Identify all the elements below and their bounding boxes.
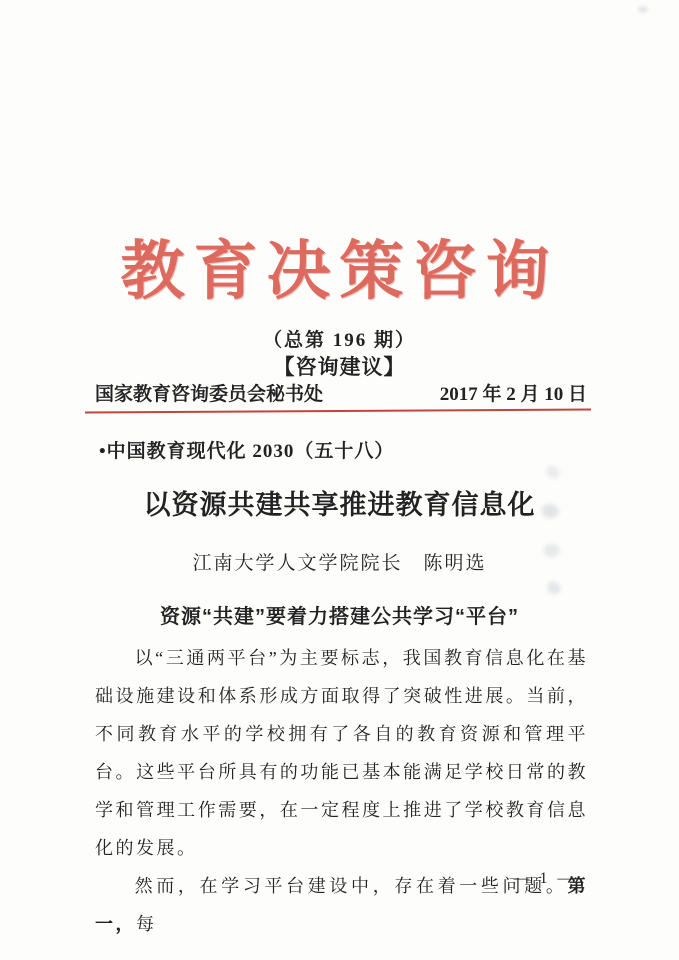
column-label: 【咨询建议】 <box>0 351 679 381</box>
article-title: 以资源共建共享推进教育信息化 <box>0 483 679 522</box>
publication-masthead: 教育决策咨询 <box>0 220 679 312</box>
bleedthrough-mark <box>545 580 563 597</box>
paragraph-1: 以“三通两平台”为主要标志，我国教育信息化在基础设施建设和体系形成方面取得了突破… <box>95 639 588 867</box>
issuer-name: 国家教育咨询委员会秘书处 <box>95 379 323 406</box>
bleedthrough-marks <box>540 462 566 622</box>
scan-smudge <box>638 6 648 13</box>
issue-number: （总第 196 期） <box>0 325 679 352</box>
paragraph-2-rest: 每 <box>136 914 157 934</box>
red-divider-rule <box>85 408 591 413</box>
series-label: •中国教育现代化 2030（五十八） <box>99 436 394 463</box>
issue-date: 2017 年 2 月 10 日 <box>440 379 587 406</box>
page-number: — 1 — <box>480 870 610 888</box>
bleedthrough-mark <box>542 504 559 518</box>
bleedthrough-mark <box>544 464 561 480</box>
bleedthrough-mark <box>543 542 561 558</box>
article-author: 江南大学人文学院院长 陈明选 <box>0 548 679 575</box>
section-heading: 资源“共建”要着力搭建公共学习“平台” <box>0 600 679 629</box>
article-body: 以“三通两平台”为主要标志，我国教育信息化在基础设施建设和体系形成方面取得了突破… <box>95 639 588 943</box>
scanned-document-page: 教育决策咨询 （总第 196 期） 【咨询建议】 国家教育咨询委员会秘书处 20… <box>0 0 679 960</box>
header-row: 国家教育咨询委员会秘书处 2017 年 2 月 10 日 <box>95 379 587 406</box>
